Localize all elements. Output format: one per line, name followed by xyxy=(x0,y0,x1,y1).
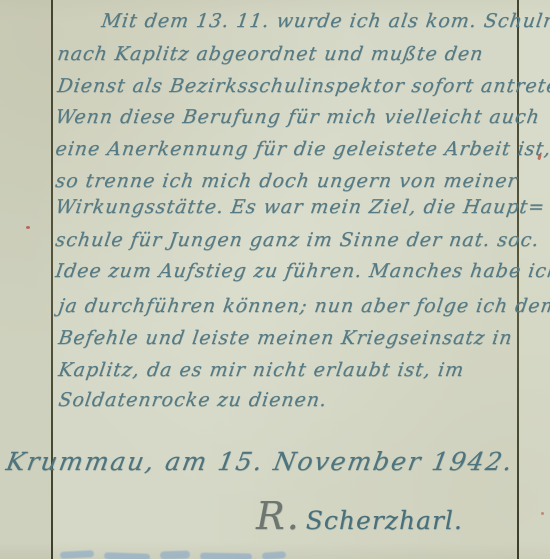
handwritten-line: Mit dem 13. 11. wurde ich als kom. Schul… xyxy=(100,10,550,32)
handwritten-line: Dienst als Bezirksschulinspektor sofort … xyxy=(56,75,550,97)
red-ink-speck xyxy=(26,226,30,229)
cutoff-blue-pencil-mark xyxy=(60,550,94,559)
signature: R. Scherzharl. xyxy=(256,494,463,538)
cutoff-blue-pencil-mark xyxy=(104,552,150,559)
handwritten-line: eine Anerkennung für die geleistete Arbe… xyxy=(54,138,550,160)
handwritten-line: Idee zum Aufstieg zu führen. Manches hab… xyxy=(54,260,550,282)
cutoff-blue-pencil-mark xyxy=(160,550,190,559)
handwritten-line: Soldatenrocke zu dienen. xyxy=(57,389,329,411)
handwritten-line: Wenn diese Berufung für mich vielleicht … xyxy=(54,106,542,128)
dateline: Krummau, am 15. November 1942. xyxy=(4,447,516,476)
handwritten-line: Kaplitz, da es mir nicht erlaubt ist, im xyxy=(57,359,466,381)
cutoff-blue-pencil-mark xyxy=(262,551,286,559)
handwritten-line: Befehle und leiste meinen Kriegseinsatz … xyxy=(57,327,514,349)
signature-surname: Scherzharl. xyxy=(306,506,463,535)
handwritten-line: schule für Jungen ganz im Sinne der nat.… xyxy=(54,229,541,251)
handwritten-line: nach Kaplitz abgeordnet und mußte den xyxy=(56,43,485,65)
handwritten-line: so trenne ich mich doch ungern von meine… xyxy=(54,170,519,192)
red-ink-speck xyxy=(541,512,544,515)
signature-initial: R. xyxy=(256,494,301,538)
cutoff-blue-pencil-mark xyxy=(200,553,252,559)
scanned-letter-page: Mit dem 13. 11. wurde ich als kom. Schul… xyxy=(0,0,550,559)
handwritten-line: ja durchführen können; nun aber folge ic… xyxy=(57,295,550,317)
handwritten-line: Wirkungsstätte. Es war mein Ziel, die Ha… xyxy=(54,196,547,218)
